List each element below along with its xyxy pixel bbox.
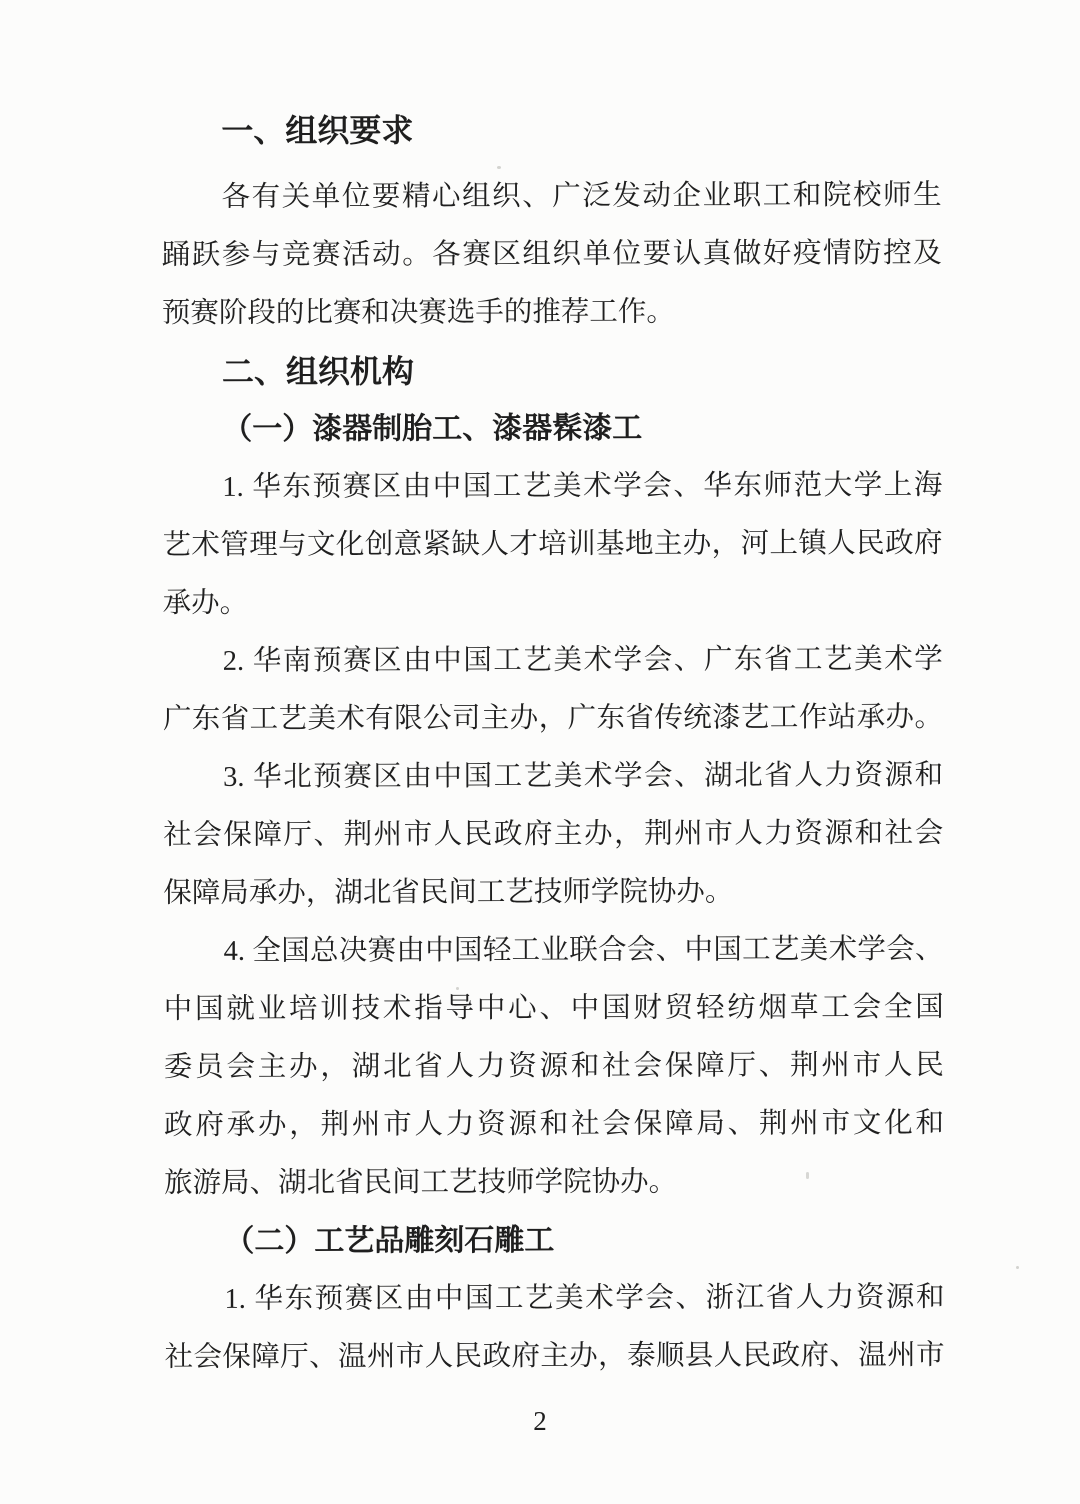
document-page: 一、组织要求 各有关单位要精心组织、广泛发动企业职工和院校师生 踊跃参与竞赛活动… [0,0,1080,1504]
item1-east-china-line-2: 艺术管理与文化创意紧缺人才培训基地主办，河上镇人民政府 [162,515,942,575]
subheading-stone-carving: （二）工艺品雕刻石雕工 [164,1211,944,1271]
para-org-requirements-line-3: 预赛阶段的比赛和决赛选手的推荐工作。 [162,283,942,343]
item4-national-final-line-1: 4. 全国总决赛由中国轻工业联合会、中国工艺美术学会、 [163,921,943,981]
scan-artifact [497,166,501,169]
item4-national-final-line-2: 中国就业培训技术指导中心、中国财贸轻纺烟草工会全国 [164,979,944,1039]
item3-north-china-line-3: 保障局承办，湖北省民间工艺技师学院协办。 [163,863,943,923]
para-org-requirements-line-2: 踊跃参与竞赛活动。各赛区组织单位要认真做好疫情防控及 [162,225,942,285]
item1-east-china-line-1: 1. 华东预赛区由中国工艺美术学会、华东师范大学上海 [162,457,942,517]
item4-national-final-line-4: 政府承办，荆州市人力资源和社会保障局、荆州市文化和 [164,1095,944,1155]
item1-east-china-line-3: 承办。 [163,573,943,633]
subheading-lacquer-workers: （一）漆器制胎工、漆器髹漆工 [162,399,942,459]
scan-artifact [806,1172,809,1179]
item2-south-china-line-1: 2. 华南预赛区由中国工艺美术学会、广东省工艺美术学会、 [163,631,943,691]
heading-org-structure: 二、组织机构 [162,341,942,401]
item3-north-china-line-1: 3. 华北预赛区由中国工艺美术学会、湖北省人力资源和 [163,747,943,807]
item3-north-china-line-2: 社会保障厅、荆州市人民政府主办，荆州市人力资源和社会 [163,805,943,865]
item4-national-final-line-5: 旅游局、湖北省民间工艺技师学院协办。 [164,1153,944,1213]
scan-artifact [456,987,459,990]
page-number: 2 [0,1406,1080,1437]
para-org-requirements-line-1: 各有关单位要精心组织、广泛发动企业职工和院校师生 [161,167,941,227]
heading-org-requirements: 一、组织要求 [161,100,941,160]
item1-stone-east-china-line-1: 1. 华东预赛区由中国工艺美术学会、浙江省人力资源和 [164,1269,944,1329]
item1-stone-east-china-line-2: 社会保障厅、温州市人民政府主办，泰顺县人民政府、温州市 [165,1327,945,1387]
item4-national-final-line-3: 委员会主办，湖北省人力资源和社会保障厅、荆州市人民 [164,1037,944,1097]
item2-south-china-line-2: 广东省工艺美术有限公司主办，广东省传统漆艺工作站承办。 [163,689,943,749]
scan-artifact [1016,1266,1019,1269]
document-content: 一、组织要求 各有关单位要精心组织、广泛发动企业职工和院校师生 踊跃参与竞赛活动… [161,100,944,1387]
